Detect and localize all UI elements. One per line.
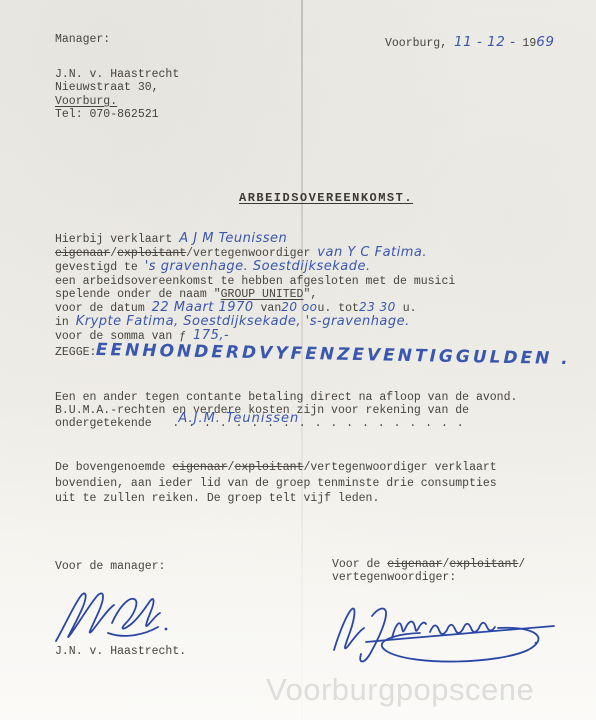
p1-l3-typed: gevestigd te: [55, 261, 138, 274]
p1-line-3: gevestigd te 's gravenhage. Soestdijksek…: [55, 260, 571, 274]
p3-l1-typed-b: vertegenwoordiger verklaart: [310, 461, 496, 474]
p1-l1-typed: Hierbij verklaart: [55, 233, 172, 246]
end-time-handwritten: 23 30: [359, 300, 396, 314]
p1-l1-handwritten-name: A J M Teunissen: [179, 231, 287, 246]
event-date-handwritten: 22 Maart 1970: [152, 300, 254, 315]
manager-name: J.N. v. Haastrecht: [55, 68, 179, 81]
document-title-wrap: ARBEIDSOVEREENKOMST.: [239, 192, 413, 205]
manager-phone: Tel: 070-862521: [55, 108, 179, 121]
p2-l3-typed: ondergetekende: [55, 417, 152, 430]
p3-line-3: uit te zullen reiken. De groep telt vijf…: [55, 491, 497, 507]
year-typed: 19: [522, 37, 536, 50]
p1-l2-struck-eigenaar: eigenaar: [55, 247, 110, 260]
scanned-contract-document: Manager: J.N. v. Haastrecht Nieuwstraat …: [0, 0, 596, 720]
p1-line-4: een arbeidsovereenkomst te hebben afgesl…: [55, 275, 571, 288]
p1-l4-typed: een arbeidsovereenkomst te hebben afgesl…: [55, 275, 455, 288]
p3-struck-exploitant: exploitant: [234, 461, 303, 474]
sig-right-line-1: Voor de eigenaar/exploitant/: [332, 558, 525, 571]
band-name: GROUP UNITED: [221, 288, 304, 301]
sig-right-line-2: vertegenwoordiger:: [332, 571, 525, 584]
p1-l6-typed-a: voor de datum: [55, 302, 145, 315]
p1-line-6: voor de datum 22 Maart 1970 van20 oou. t…: [55, 301, 571, 315]
p1-l2-handwritten-org: van Y C Fatima.: [317, 245, 427, 260]
p1-l3-handwritten-address: 's gravenhage. Soestdijksekade.: [145, 259, 371, 274]
representative-signature: [322, 596, 562, 666]
date-line: Voorburg, 11 - 12 - 1969: [385, 36, 554, 50]
manager-signature-label: Voor de manager:: [55, 560, 165, 573]
amount-in-words-handwritten: EENHONDERDVYFENZEVENTIGGULDEN .: [96, 344, 571, 366]
signee-name-handwritten: A.J.M. Teunissen: [178, 412, 299, 425]
start-time-handwritten: 20 oo: [281, 300, 317, 314]
p1-l6-typed-d: u.: [403, 302, 417, 315]
contract-body-paragraph-3: De bovengenoemde eigenaar/exploitant/ver…: [55, 460, 497, 507]
slash: /: [186, 247, 193, 260]
slash: /: [518, 558, 525, 571]
year-handwritten: 69: [536, 34, 554, 50]
p3-line-1: De bovengenoemde eigenaar/exploitant/ver…: [55, 460, 497, 476]
sig-struck-exploitant: exploitant: [449, 558, 518, 571]
manager-typed-name: J.N. v. Haastrecht.: [55, 645, 186, 658]
representative-signature-label: Voor de eigenaar/exploitant/ vertegenwoo…: [332, 558, 525, 584]
sig-right-typed-a: Voor de: [332, 558, 380, 571]
p2-line-1: Een en ander tegen contante betaling dir…: [55, 391, 517, 404]
venue-handwritten: Krypte Fatima, Soestdijksekade, 's-grave…: [76, 314, 410, 329]
manager-address-block: Manager: J.N. v. Haastrecht Nieuwstraat …: [55, 33, 179, 121]
manager-signature: [50, 583, 190, 651]
p1-line-7: in Krypte Fatima, Soestdijksekade, 's-gr…: [55, 315, 571, 329]
p2-line-3: ondergetekende . . . . . . . . . . . . .…: [55, 417, 517, 430]
p1-l6-typed-b: van: [261, 302, 282, 315]
date-handwritten: 11 - 12 -: [454, 34, 515, 50]
p3-struck-eigenaar: eigenaar: [172, 461, 227, 474]
spacer: [55, 46, 179, 68]
p1-l5-typed-a: spelende onder de naam ": [55, 288, 221, 301]
p1-line-9: ZEGGE:EENHONDERDVYFENZEVENTIGGULDEN .: [55, 344, 571, 358]
sig-struck-eigenaar: eigenaar: [387, 558, 442, 571]
p1-line-1: Hierbij verklaart A J M Teunissen: [55, 232, 571, 246]
signee-dotted-line: . . . . . . . . . . . . . . . . . . . A.…: [172, 417, 464, 430]
zegge-label: ZEGGE:: [55, 346, 96, 359]
p1-l6-typed-c: u. tot: [318, 302, 359, 315]
document-title: ARBEIDSOVEREENKOMST.: [239, 191, 413, 205]
manager-label: Manager:: [55, 33, 179, 46]
manager-city: Voorburg.: [55, 95, 179, 108]
p1-l2-typed: vertegenwoordiger: [193, 247, 310, 260]
p1-l5-typed-b: ",: [303, 288, 317, 301]
p1-l7-typed: in: [55, 316, 69, 329]
p3-line-2: bovendien, aan ieder lid van de groep te…: [55, 476, 497, 492]
p1-line-2: eigenaar/exploitant/vertegenwoordiger va…: [55, 246, 571, 260]
manager-street: Nieuwstraat 30,: [55, 81, 179, 94]
p1-l2-struck-exploitant: exploitant: [117, 247, 186, 260]
contract-body-paragraph-2: Een en ander tegen contante betaling dir…: [55, 391, 517, 431]
watermark-text: Voorburgpopscene: [266, 672, 534, 708]
p3-l1-typed-a: De bovengenoemde: [55, 461, 165, 474]
date-place: Voorburg,: [385, 37, 447, 50]
contract-body-paragraph-1: Hierbij verklaart A J M Teunissen eigena…: [55, 232, 571, 358]
